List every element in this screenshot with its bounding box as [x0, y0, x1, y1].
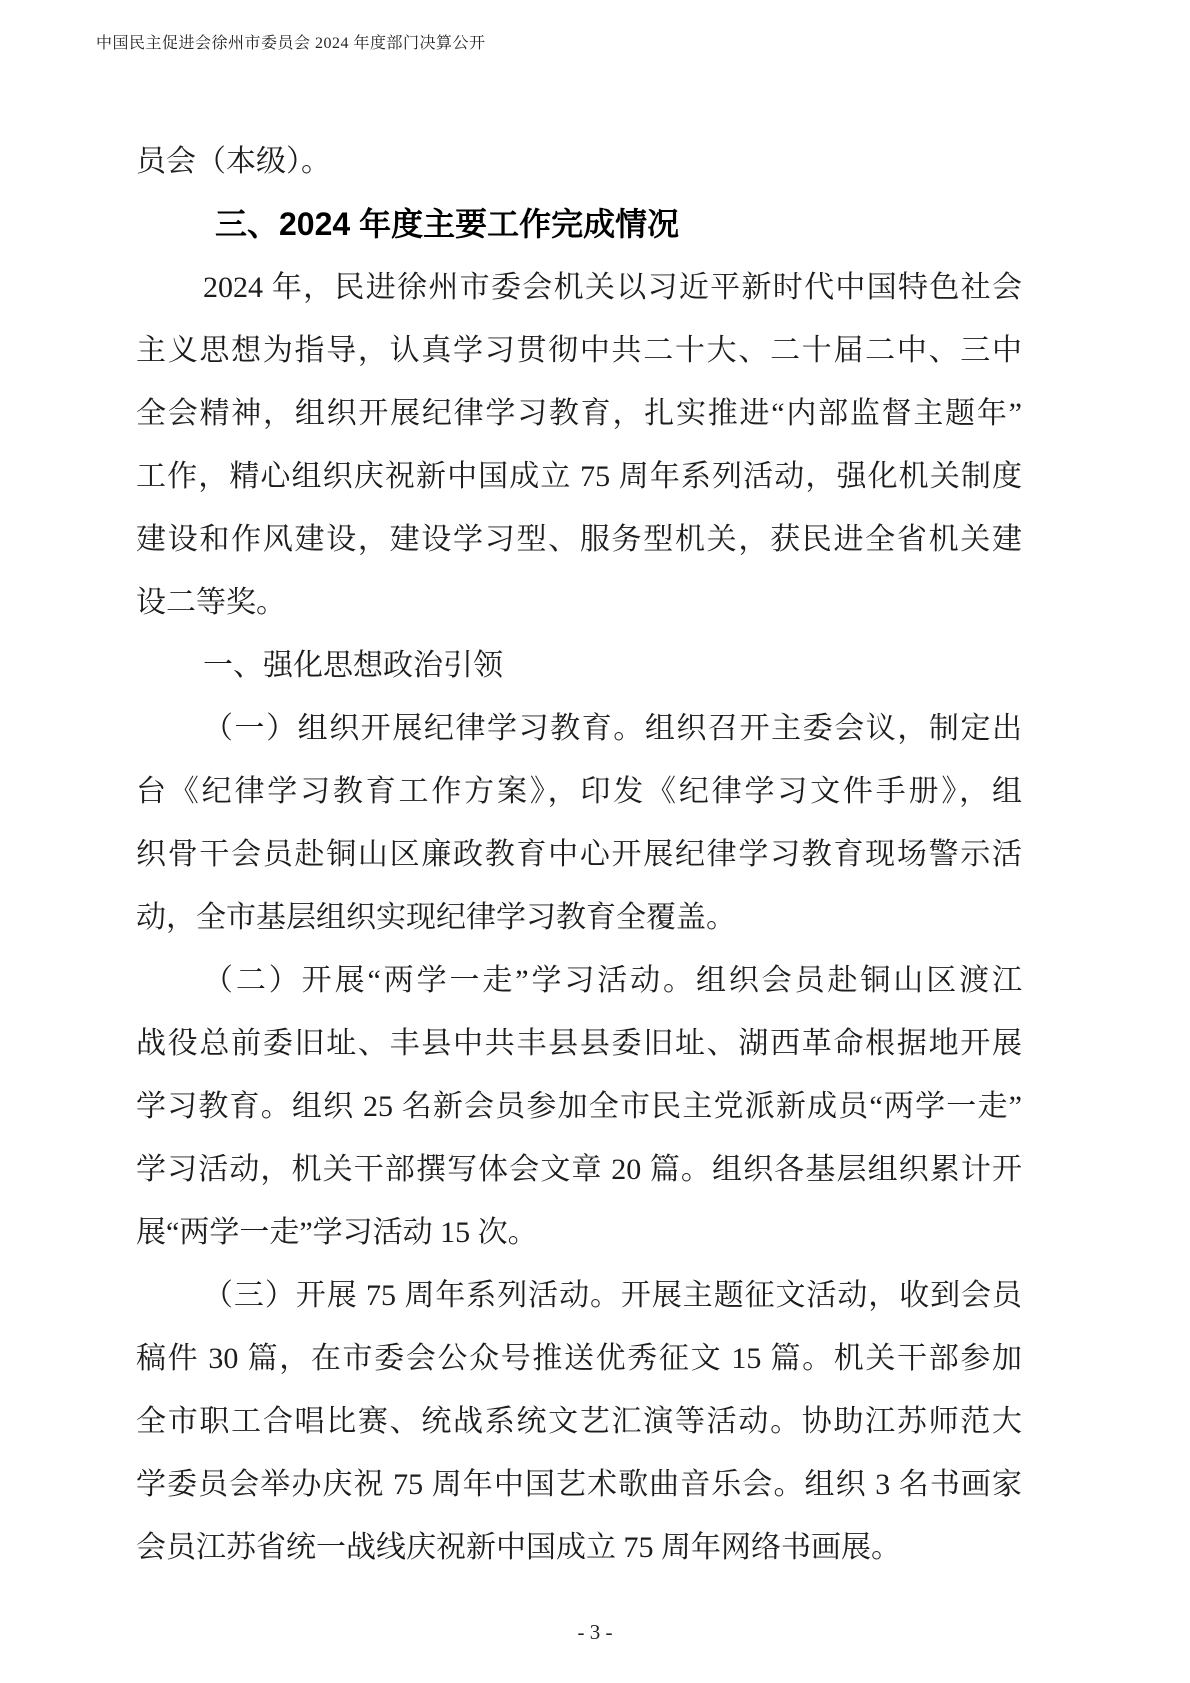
section-heading-3: 三、2024 年度主要工作完成情况: [136, 193, 1022, 256]
paragraph-line: 稿件 30 篇，在市委会公众号推送优秀征文 15 篇。机关干部参加: [136, 1327, 1022, 1390]
paragraph-line: （二）开展“两学一走”学习活动。组织会员赴铜山区渡江: [136, 949, 1022, 1012]
body-line-continuation: 员会（本级）。: [136, 130, 1022, 193]
paragraph-line: 台《纪律学习教育工作方案》，印发《纪律学习文件手册》，组: [136, 760, 1022, 823]
page-number: - 3 -: [0, 1612, 1190, 1652]
paragraph-line: 学习教育。组织 25 名新会员参加全市民主党派新成员“两学一走”: [136, 1075, 1022, 1138]
paragraph-line: 织骨干会员赴铜山区廉政教育中心开展纪律学习教育现场警示活: [136, 823, 1022, 886]
paragraph-line: （三）开展 75 周年系列活动。开展主题征文活动，收到会员: [136, 1264, 1022, 1327]
paragraph-line: 主义思想为指导，认真学习贯彻中共二十大、二十届二中、三中: [136, 319, 1022, 382]
document-page: { "page": { "header": "中国民主促进会徐州市委员会 202…: [0, 0, 1190, 1683]
paragraph-line: （一）组织开展纪律学习教育。组织召开主委会议，制定出: [136, 697, 1022, 760]
paragraph-line: 全市职工合唱比赛、统战系统文艺汇演等活动。协助江苏师范大: [136, 1390, 1022, 1453]
document-header-title: 中国民主促进会徐州市委员会 2024 年度部门决算公开: [96, 30, 486, 53]
paragraph-line: 全会精神，组织开展纪律学习教育，扎实推进“内部监督主题年”: [136, 382, 1022, 445]
paragraph-line: 设二等奖。: [136, 571, 1022, 634]
paragraph-line: 学委员会举办庆祝 75 周年中国艺术歌曲音乐会。组织 3 名书画家: [136, 1453, 1022, 1516]
paragraph-line: 动，全市基层组织实现纪律学习教育全覆盖。: [136, 886, 1022, 949]
paragraph-line: 会员江苏省统一战线庆祝新中国成立 75 周年网络书画展。: [136, 1516, 1022, 1579]
paragraph-line: 建设和作风建设，建设学习型、服务型机关，获民进全省机关建: [136, 508, 1022, 571]
paragraph-line: 展“两学一走”学习活动 15 次。: [136, 1201, 1022, 1264]
paragraph-line: 学习活动，机关干部撰写体会文章 20 篇。组织各基层组织累计开: [136, 1138, 1022, 1201]
paragraph-line: 战役总前委旧址、丰县中共丰县县委旧址、湖西革命根据地开展: [136, 1012, 1022, 1075]
subsection-heading-1: 一、强化思想政治引领: [136, 634, 1022, 697]
paragraph-line: 工作，精心组织庆祝新中国成立 75 周年系列活动，强化机关制度: [136, 445, 1022, 508]
paragraph-line: 2024 年，民进徐州市委会机关以习近平新时代中国特色社会: [136, 256, 1022, 319]
document-body: 员会（本级）。 三、2024 年度主要工作完成情况 2024 年，民进徐州市委会…: [136, 130, 1022, 1579]
